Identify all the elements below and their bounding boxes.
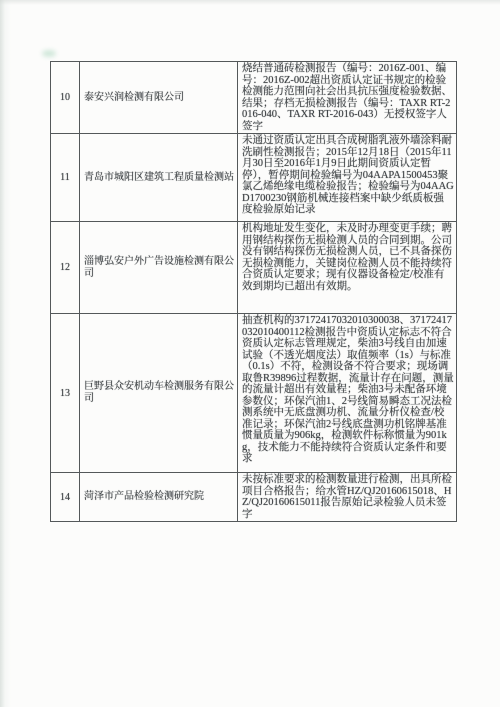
issues-cell: 烧结普通砖检测报告（编号：2016Z-001、编号：2016Z-002超出资质认… (238, 62, 457, 134)
organization-cell: 淄博弘安户外广告设施检测有限公司 (80, 222, 238, 314)
scanned-page: 10 泰安兴润检测有限公司 烧结普通砖检测报告（编号：2016Z-001、编号：… (0, 0, 500, 707)
table-row: 10 泰安兴润检测有限公司 烧结普通砖检测报告（编号：2016Z-001、编号：… (51, 62, 457, 134)
issues-cell: 抽查机构的37172417032010300038、37172417032010… (238, 314, 457, 473)
row-number-cell: 10 (51, 62, 80, 134)
scan-smudge-artifact (42, 50, 56, 57)
organization-cell: 巨野县众安机动车检测服务有限公司 (80, 314, 238, 473)
row-number-cell: 12 (51, 222, 80, 314)
table-row: 13 巨野县众安机动车检测服务有限公司 抽查机构的371724170320103… (51, 314, 457, 473)
scan-top-edge-artifact (0, 0, 500, 5)
table-row: 11 青岛市城阳区建筑工程质量检测站 未通过资质认定出具合成树脂乳液外墙涂料耐洗… (51, 134, 457, 222)
row-number-cell: 14 (51, 473, 80, 522)
organization-cell: 泰安兴润检测有限公司 (80, 62, 238, 134)
scan-left-edge-artifact (0, 0, 11, 707)
issues-cell: 机构地址发生变化，未及时办理变更手续；聘用钢结构探伤无损检测人员的合同到期。公司… (238, 222, 457, 314)
organization-cell: 青岛市城阳区建筑工程质量检测站 (80, 134, 238, 222)
issues-cell: 未按标准要求的检测数量进行检测，出具所检项目合格报告；给水管HZ/QJ20160… (238, 473, 457, 522)
row-number-cell: 11 (51, 134, 80, 222)
table-row: 12 淄博弘安户外广告设施检测有限公司 机构地址发生变化，未及时办理变更手续；聘… (51, 222, 457, 314)
inspection-issues-table: 10 泰安兴润检测有限公司 烧结普通砖检测报告（编号：2016Z-001、编号：… (50, 61, 457, 522)
table-body: 10 泰安兴润检测有限公司 烧结普通砖检测报告（编号：2016Z-001、编号：… (51, 62, 457, 522)
issues-cell: 未通过资质认定出具合成树脂乳液外墙涂料耐洗刷性检测报告；2015年12月18日（… (238, 134, 457, 222)
row-number-cell: 13 (51, 314, 80, 473)
table-row: 14 菏泽市产品检验检测研究院 未按标准要求的检测数量进行检测，出具所检项目合格… (51, 473, 457, 522)
organization-cell: 菏泽市产品检验检测研究院 (80, 473, 238, 522)
